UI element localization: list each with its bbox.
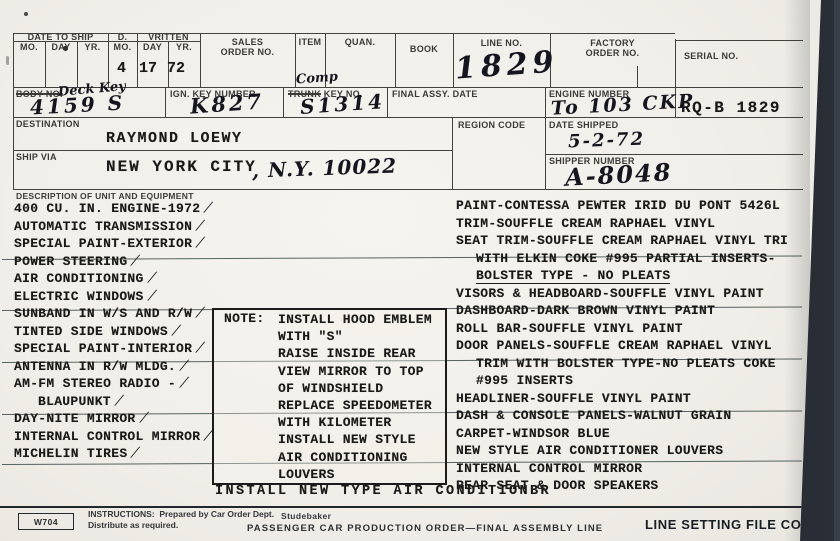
trunk-key-handwritten: S1314: [299, 89, 386, 119]
list-item: DOOR PANELS-SOUFFLE CREAM RAPHAEL VINYL: [456, 337, 788, 355]
form-code-box: W704: [18, 513, 74, 530]
check-mark: [206, 200, 210, 218]
list-item: ELECTRIC WINDOWS: [14, 288, 210, 306]
body-no-handwritten: 4159 S: [29, 91, 125, 120]
list-item: 400 CU. IN. ENGINE-1972: [14, 200, 210, 218]
item-label: ITEM: [295, 37, 325, 47]
check-mark: [198, 217, 202, 235]
note-line: INSTALL HOOD EMBLEM: [278, 311, 432, 328]
list-item: HEADLINER-SOUFFLE VINYL PAINT: [456, 390, 788, 408]
ship-via-typed: NEW YORK CITY: [106, 158, 257, 176]
d-mo-label: MO.: [108, 42, 137, 52]
list-item: BLAUPUNKT: [14, 393, 210, 411]
equipment-list-left: 400 CU. IN. ENGINE-1972 AUTOMATIC TRANSM…: [14, 200, 210, 463]
scan-speck: [24, 12, 28, 16]
brand-name: Studebaker: [281, 511, 331, 521]
instructions-line1: INSTRUCTIONS: Prepared by Car Order Dept…: [88, 509, 274, 519]
grid-line: [13, 117, 803, 118]
list-item: NEW STYLE AIR CONDITIONER LOUVERS: [456, 442, 788, 460]
grid-line: [13, 150, 452, 151]
written-label: VRITTEN: [137, 32, 200, 42]
note-line: OF WINDSHIELD: [278, 380, 432, 397]
list-item: VISORS & HEADBOARD-SOUFFLE VINYL PAINT: [456, 285, 788, 303]
check-mark: [198, 235, 202, 253]
destination-typed: RAYMOND LOEWY: [106, 130, 243, 147]
grid-line: [545, 87, 546, 190]
list-item: INTERNAL CONTROL MIRROR: [456, 460, 788, 478]
yr-label: YR.: [77, 42, 108, 52]
note-line: WITH "S": [278, 328, 432, 345]
date-shipped-handwritten: 5-2-72: [568, 129, 646, 153]
list-item: SPECIAL PAINT-INTERIOR: [14, 340, 210, 358]
serial-typed: RQ-B 1829: [681, 99, 781, 117]
ign-key-handwritten: K827: [189, 88, 265, 118]
list-item: SPECIAL PAINT-EXTERIOR: [14, 235, 210, 253]
ship-via-label: SHIP VIA: [16, 152, 57, 162]
check-mark: [133, 445, 137, 463]
note-label: NOTE:: [224, 311, 265, 326]
grid-line: [283, 87, 284, 117]
check-mark: [150, 287, 154, 305]
day-label: DAY: [45, 42, 77, 52]
date-shipped-label: DATE SHIPPED: [549, 120, 618, 130]
sales-order-label: SALES: [200, 37, 295, 47]
list-item: BOLSTER TYPE - NO PLEATS: [456, 267, 788, 285]
list-item: DASH & CONSOLE PANELS-WALNUT GRAIN: [456, 407, 788, 425]
list-item: POWER STEERING: [14, 253, 210, 271]
check-mark: [198, 305, 202, 323]
date-to-ship-label: DATE TO SHIP: [13, 32, 108, 42]
mo-label: MO.: [13, 42, 45, 52]
footer-separator: [0, 506, 812, 508]
list-item: WITH ELKIN COKE #995 PARTIAL INSERTS-: [456, 250, 788, 268]
grid-line: [13, 33, 14, 190]
check-mark: [142, 410, 146, 428]
check-mark: [206, 427, 210, 445]
note-line: WITH KILOMETER: [278, 414, 432, 431]
check-mark: [150, 270, 154, 288]
list-item: TRIM-SOUFFLE CREAM RAPHAEL VINYL: [456, 215, 788, 233]
form-title: PASSENGER CAR PRODUCTION ORDER—FINAL ASS…: [247, 523, 603, 534]
grid-line: [165, 87, 166, 117]
quan-handwritten: Comp: [296, 70, 339, 88]
check-mark: [198, 340, 202, 358]
written-yr-label: YR.: [168, 42, 200, 52]
shipper-number-handwritten: A-8048: [564, 157, 673, 192]
form-code: W704: [34, 517, 58, 527]
note-line: INSTALL NEW STYLE: [278, 431, 432, 448]
list-item: ROLL BAR-SOUFFLE VINYL PAINT: [456, 320, 788, 338]
book-label: BOOK: [395, 44, 453, 54]
scanned-production-order: DATE TO SHIP MO. DAY YR. D. MO. VRITTEN …: [0, 0, 824, 541]
list-item: INTERNAL CONTROL MIRROR: [14, 428, 210, 446]
list-item: AIR CONDITIONING: [14, 270, 210, 288]
list-item: DAY-NITE MIRROR: [14, 410, 210, 428]
grid-line: [452, 117, 453, 190]
final-assy-label: FINAL ASSY. DATE: [392, 89, 478, 99]
sales-order-label2: ORDER NO.: [200, 47, 295, 57]
written-day-label: DAY: [137, 42, 168, 52]
note-line: VIEW MIRROR TO TOP: [278, 363, 432, 380]
grid-line: [637, 66, 638, 87]
list-item: AUTOMATIC TRANSMISSION: [14, 218, 210, 236]
equipment-list-right: PAINT-CONTESSA PEWTER IRID DU PONT 5426L…: [456, 197, 788, 495]
list-item: ANTENNA IN R/W MLDG.: [14, 358, 210, 376]
note-line: RAISE INSIDE REAR: [278, 345, 432, 362]
check-mark: [174, 322, 178, 340]
instructions-label: INSTRUCTIONS:: [88, 509, 155, 519]
scanner-background-strip: [834, 0, 840, 541]
file-copy-stamp: LINE SETTING FILE COI: [645, 517, 806, 532]
note-text: INSTALL HOOD EMBLEM WITH "S" RAISE INSID…: [278, 311, 432, 483]
list-item: AM-FM STEREO RADIO -: [14, 375, 210, 393]
bottom-instruction-line: INSTALL NEW TYPE AIR CONDITIONBR: [215, 484, 551, 499]
serial-no-label: SERIAL NO.: [684, 51, 738, 61]
quan-label: QUAN.: [325, 37, 395, 47]
list-item: TINTED SIDE WINDOWS: [14, 323, 210, 341]
check-mark: [117, 392, 121, 410]
check-mark: [182, 357, 186, 375]
list-item: TRIM WITH BOLSTER TYPE-NO PLEATS COKE: [456, 355, 788, 373]
list-item: DASHBOARD-DARK BROWN VINYL PAINT: [456, 302, 788, 320]
list-item: MICHELIN TIRES: [14, 445, 210, 463]
note-line: LOUVERS: [278, 466, 432, 483]
check-mark: [133, 252, 137, 270]
grid-line: [395, 33, 396, 87]
check-mark: [182, 375, 186, 393]
written-mo-value: 4: [117, 60, 126, 77]
d-label: D.: [108, 32, 137, 42]
written-day-value: 17: [139, 60, 157, 77]
instructions-line2: Distribute as required.: [88, 520, 178, 530]
factory-order-label: FACTORY: [550, 38, 675, 48]
note-line: AIR CONDITIONING: [278, 449, 432, 466]
list-item: CARPET-WINDSOR BLUE: [456, 425, 788, 443]
line-no-handwritten: 1829: [454, 44, 560, 86]
list-item: SUNBAND IN W/S AND R/W: [14, 305, 210, 323]
pen-smudge: [6, 56, 9, 65]
list-item: SEAT TRIM-SOUFFLE CREAM RAPHAEL VINYL TR…: [456, 232, 788, 250]
factory-order-label2: ORDER NO.: [550, 48, 675, 58]
instructions-text: Prepared by Car Order Dept.: [159, 509, 274, 519]
ship-via-handwritten: , N.Y. 10022: [252, 153, 398, 182]
grid-line: [387, 87, 388, 117]
list-item: #995 INSERTS: [456, 372, 788, 390]
list-item: PAINT-CONTESSA PEWTER IRID DU PONT 5426L: [456, 197, 788, 215]
note-line: REPLACE SPEEDOMETER: [278, 397, 432, 414]
destination-label: DESTINATION: [16, 119, 80, 129]
written-yr-value: 72: [167, 60, 185, 77]
grid-line: [675, 40, 803, 41]
region-code-label: REGION CODE: [458, 120, 525, 130]
